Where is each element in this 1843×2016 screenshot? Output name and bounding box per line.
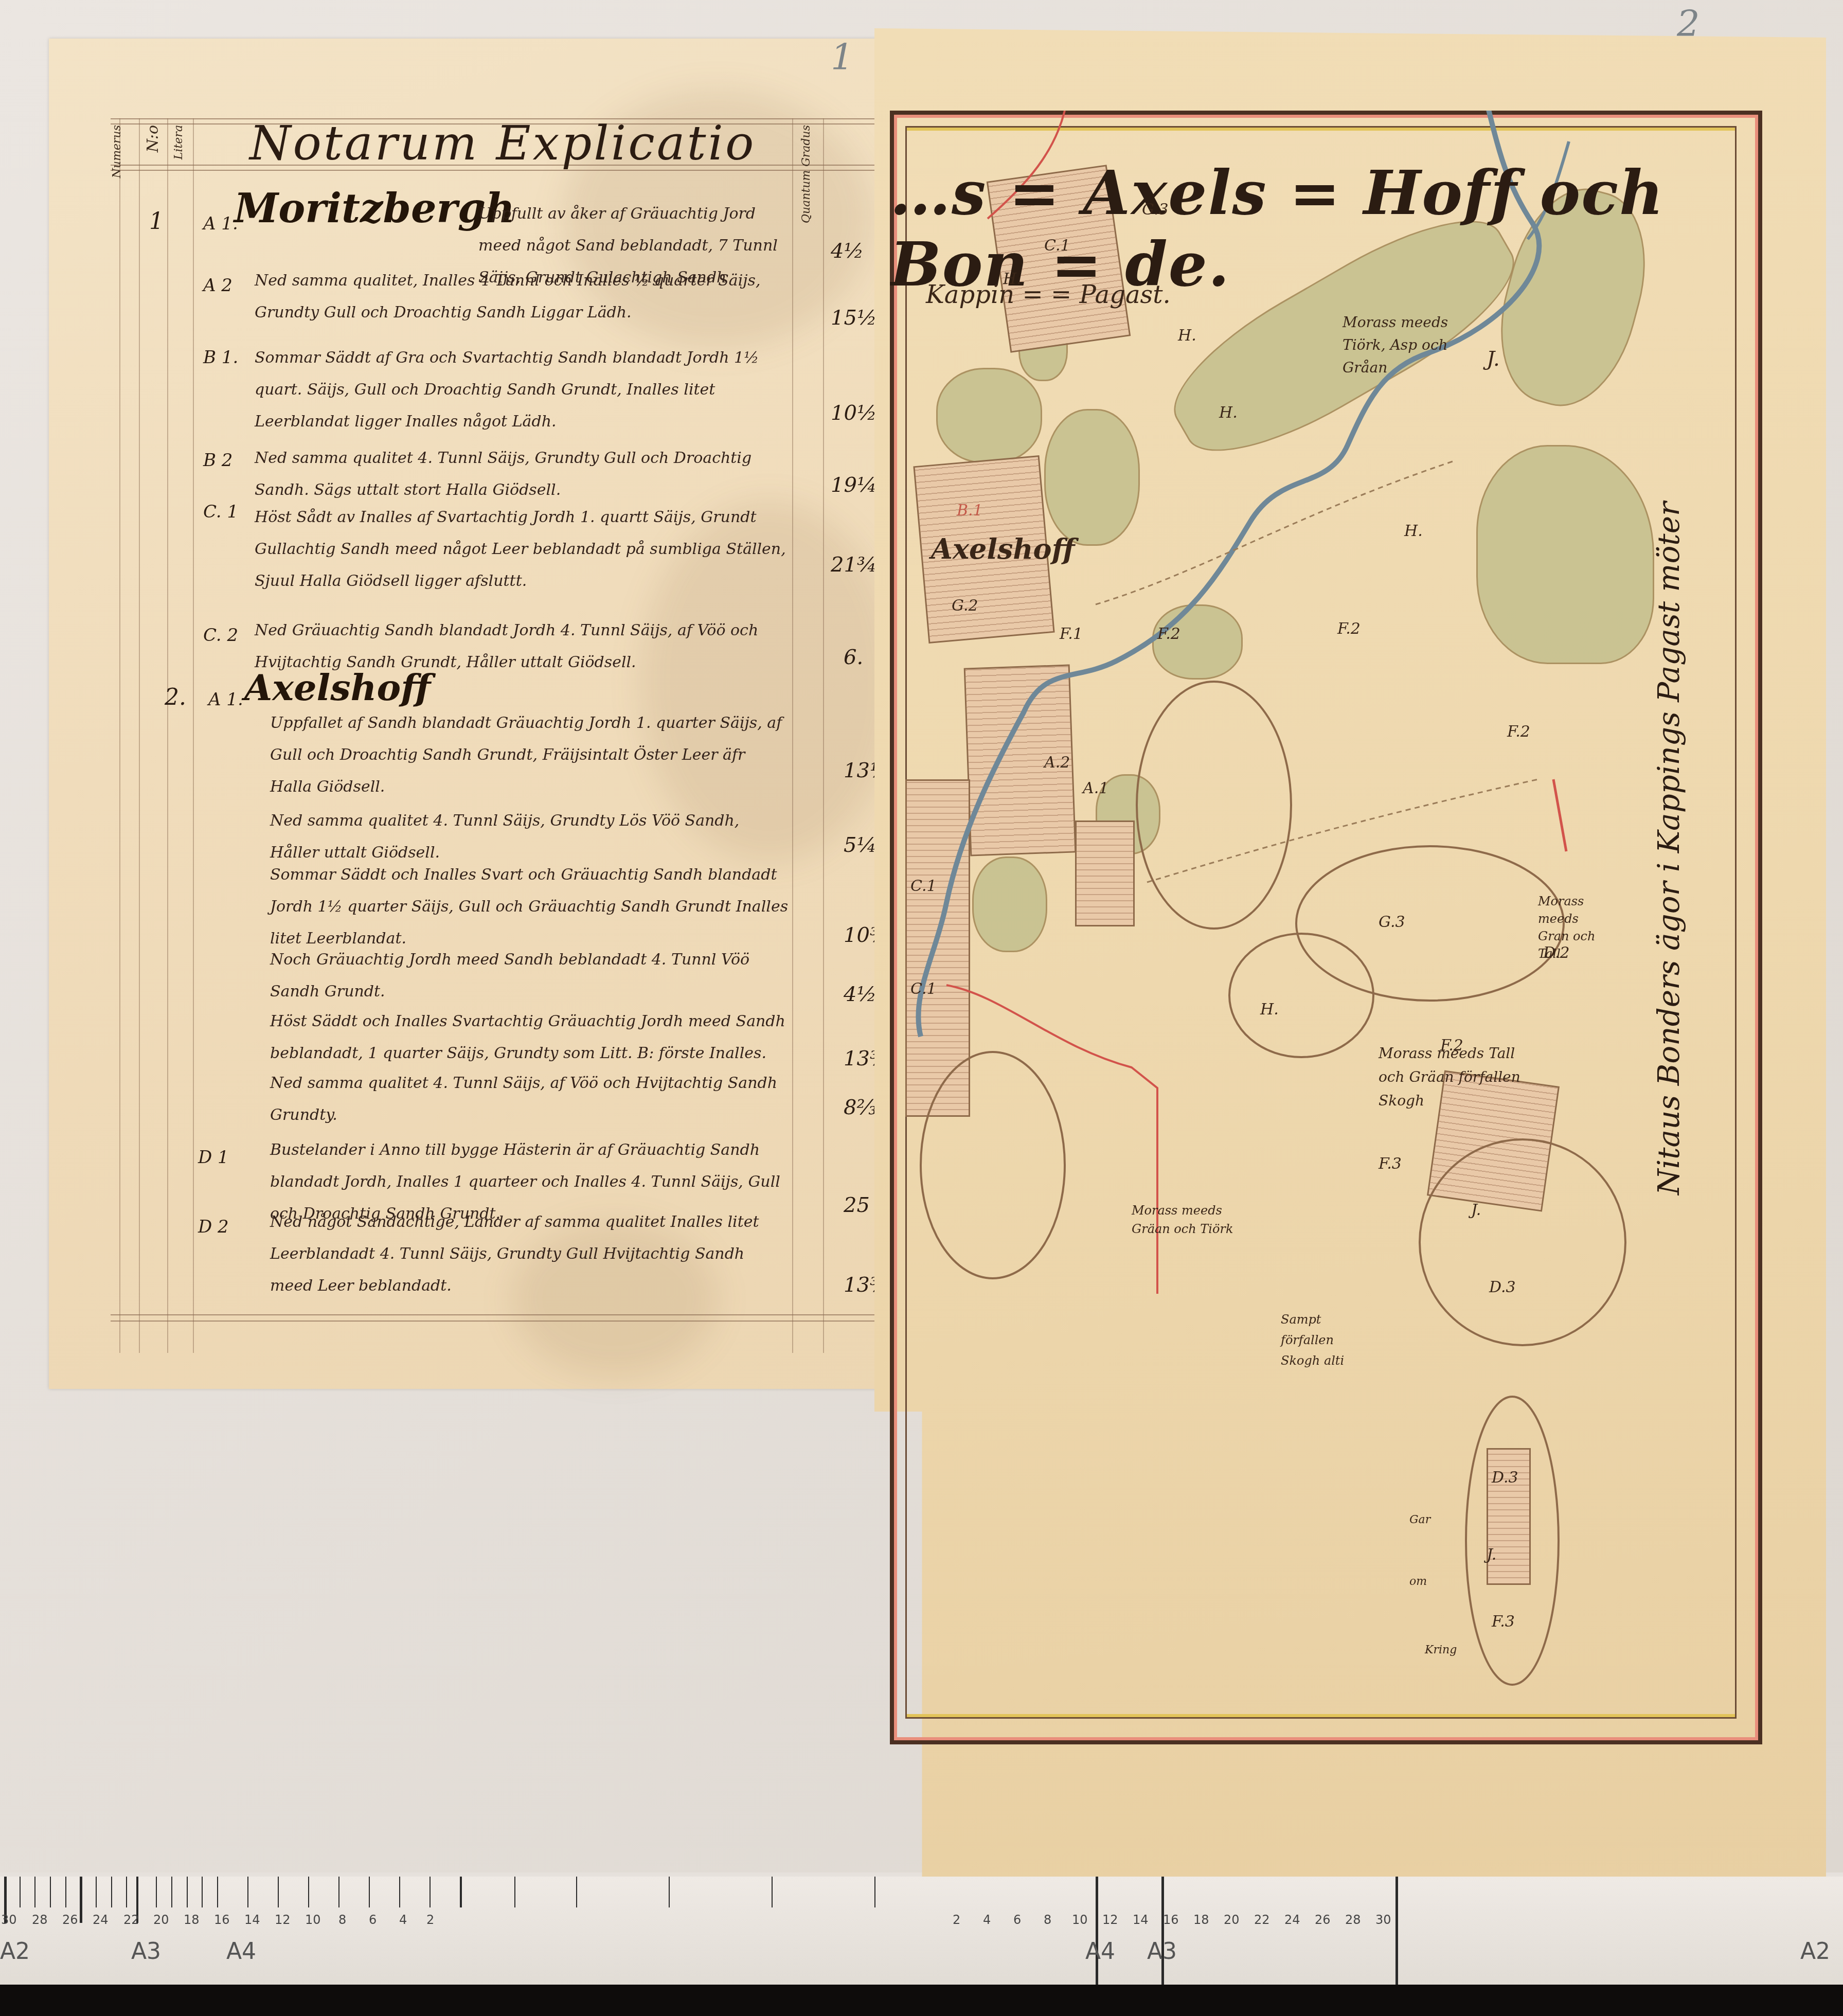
parcel-label: H. xyxy=(1219,404,1238,422)
tick-label: 16 xyxy=(214,1913,230,1927)
entry-value: 4½ xyxy=(844,983,876,1006)
parcel-label: A.2 xyxy=(1044,754,1070,772)
parcel-label: J. xyxy=(1487,347,1500,371)
entry-text: Ned samma qualitet, Inalles 4 Tunnl och … xyxy=(255,265,790,329)
parcel-label: A.1 xyxy=(1083,779,1108,797)
paper-size-label: A4 xyxy=(226,1938,256,1965)
paper-size-label: A4 xyxy=(1085,1938,1115,1965)
entry-value: 10½ xyxy=(831,401,877,425)
entry-number: 2. xyxy=(165,684,186,710)
parcel-label: J. xyxy=(1487,1546,1496,1564)
tick-label: 22 xyxy=(123,1913,139,1927)
label-gar-om: Gar om xyxy=(1409,1489,1440,1613)
parcel-label: C.1 xyxy=(910,980,937,998)
label-kring: Kring xyxy=(1425,1644,1457,1656)
entry-place: Moritzbergh xyxy=(234,185,515,232)
entry-text: Noch Gräuachtig Jordh meed Sandh bebland… xyxy=(270,944,790,1008)
entry-number: 1 xyxy=(149,208,164,235)
entry-text: Höst Säddt och Inalles Svartachtig Gräua… xyxy=(270,1006,790,1069)
column-header-no: N:o xyxy=(144,125,162,152)
tick-label: 12 xyxy=(1102,1913,1118,1927)
entry-letter: C. 1 xyxy=(203,502,238,522)
tick-label: 16 xyxy=(1163,1913,1179,1927)
paper-size-label: A2 xyxy=(0,1938,30,1965)
parcel-label: D.3 xyxy=(1492,1469,1518,1487)
parcel-label: C.1 xyxy=(1044,237,1070,255)
column-header-numerus: Numerus xyxy=(111,125,123,178)
label-morass-1: Morass meeds Tiörk, Asp och Gråan xyxy=(1343,311,1456,379)
tick-label: 24 xyxy=(1284,1913,1300,1927)
entry-value: 21¾ xyxy=(831,553,877,577)
tick-label: 26 xyxy=(1315,1913,1331,1927)
tick-label: 6 xyxy=(1013,1913,1021,1927)
measurement-ruler: 30 28 26 24 22 20 18 16 14 12 10 8 6 4 2… xyxy=(0,1877,1843,1985)
tick-label: 14 xyxy=(1133,1913,1149,1927)
explanation-title: Notarum Explicatio xyxy=(249,116,756,171)
parcel-label: F.1 xyxy=(1060,625,1083,643)
entry-letter: C. 2 xyxy=(203,625,238,646)
tick-label: 28 xyxy=(1345,1913,1361,1927)
tick-label: 20 xyxy=(153,1913,169,1927)
parcel-label: B.1 xyxy=(957,502,983,520)
parcel-label: J. xyxy=(1471,1201,1481,1219)
parcel-label: D.3 xyxy=(1489,1278,1516,1296)
column-header-quantum: Quantum Gradus xyxy=(800,125,813,223)
parcel-label: H. xyxy=(1260,1001,1279,1019)
parcel-label: H. xyxy=(1178,327,1196,345)
parcel-label: F.3 xyxy=(1492,1613,1515,1631)
tick-label: 4 xyxy=(983,1913,991,1927)
entry-text: Sommar Säddt af Gra och Svartachtig Sand… xyxy=(255,342,790,438)
parcel-label: F.2 xyxy=(1337,620,1361,638)
entry-value: 8⅔ xyxy=(844,1096,876,1119)
tick-label: 12 xyxy=(275,1913,291,1927)
entry-text: Sommar Säddt och Inalles Svart och Gräua… xyxy=(270,859,790,955)
river-icon xyxy=(890,111,1754,1736)
entry-letter: A 1. xyxy=(208,689,243,710)
tick-label: 30 xyxy=(1375,1913,1391,1927)
tick-label: 28 xyxy=(32,1913,48,1927)
tick-label: 18 xyxy=(1193,1913,1209,1927)
entry-text: Ned något Sandachtige, Lander af samma q… xyxy=(270,1206,790,1302)
paper-size-label: A3 xyxy=(131,1938,161,1965)
label-border-text: Nitaus Bonders ägor i Kappings Pagast mö… xyxy=(1651,502,1686,1685)
entry-place: Axelshoff xyxy=(244,666,431,709)
label-morass-4: Morass meeds Gräan och Tiörk xyxy=(1132,1201,1255,1238)
parcel-label: G.3 xyxy=(1379,913,1405,931)
entry-value: 6. xyxy=(844,646,863,669)
parcel-label: F.2 xyxy=(1440,1037,1463,1055)
paper-size-label: A3 xyxy=(1147,1938,1177,1965)
tick-label: 24 xyxy=(93,1913,109,1927)
entry-letter: B 2 xyxy=(203,450,232,471)
parcel-label: H. xyxy=(1003,270,1022,288)
tick-label: 2 xyxy=(426,1913,434,1927)
entry-letter: D 2 xyxy=(198,1217,229,1237)
entry-letter: A 1. xyxy=(203,213,238,234)
entry-value: 5¼ xyxy=(844,833,876,857)
parcel-label: G.2 xyxy=(952,597,978,615)
entry-letter: D 1 xyxy=(198,1147,229,1168)
label-kappin-pagast: Kappin = = Pagast. xyxy=(926,280,1171,309)
entry-value: 25 xyxy=(844,1193,870,1217)
entry-letter: B 1. xyxy=(203,347,238,368)
parcel-label: F.3 xyxy=(1379,1155,1402,1173)
page-number-2: 2 xyxy=(1677,3,1700,45)
parcel-label: F.2 xyxy=(1507,723,1530,741)
entry-value: 4½ xyxy=(831,239,864,263)
parcel-label: C.1 xyxy=(910,877,937,895)
explanation-sheet: 1 Numerus N:o Litera Quantum Gradus Nota… xyxy=(49,39,936,1389)
paper-size-label: A2 xyxy=(1800,1938,1830,1965)
parcel-label: H. xyxy=(1404,522,1423,540)
tick-label: 18 xyxy=(184,1913,200,1927)
scanner-edge xyxy=(0,1985,1843,2016)
tick-label: 2 xyxy=(953,1913,960,1927)
parcel-label: F.2 xyxy=(1157,625,1180,643)
entry-text: Höst Sådt av Inalles af Svartachtig Jord… xyxy=(255,502,790,597)
tick-label: 10 xyxy=(305,1913,321,1927)
entry-text: Uppfallet af Sandh blandadt Gräuachtig J… xyxy=(270,707,790,803)
parcel-label: G.3 xyxy=(1142,201,1169,219)
label-axelshoff: Axelshoff xyxy=(931,532,1075,565)
tick-label: 20 xyxy=(1224,1913,1240,1927)
label-sampt-forfallen: Sampt förfallen Skogh alti xyxy=(1281,1309,1363,1371)
entry-text: Ned samma qualitet 4. Tunnl Säijs, af Vö… xyxy=(270,1067,790,1131)
tick-label: 10 xyxy=(1072,1913,1088,1927)
column-header-litera: Litera xyxy=(172,125,185,159)
entry-value: 19¼ xyxy=(831,473,877,497)
entry-text: Ned samma qualitet 4. Tunnl Säijs, Grund… xyxy=(255,442,790,506)
tick-label: 14 xyxy=(244,1913,260,1927)
map-content: …s = Axels = Hoff och Bon = de. Kappin =… xyxy=(890,111,1754,1736)
page-number-1: 1 xyxy=(831,36,854,78)
entry-value: 15½ xyxy=(831,306,877,330)
tick-label: 6 xyxy=(369,1913,377,1927)
parcel-label: D.2 xyxy=(1543,944,1570,962)
tick-label: 22 xyxy=(1254,1913,1270,1927)
tick-label: 26 xyxy=(62,1913,78,1927)
tick-label: 4 xyxy=(399,1913,407,1927)
tick-label: 8 xyxy=(338,1913,346,1927)
entry-letter: A 2 xyxy=(203,275,232,296)
tick-label: 8 xyxy=(1044,1913,1051,1927)
tick-label: 30 xyxy=(1,1913,17,1927)
